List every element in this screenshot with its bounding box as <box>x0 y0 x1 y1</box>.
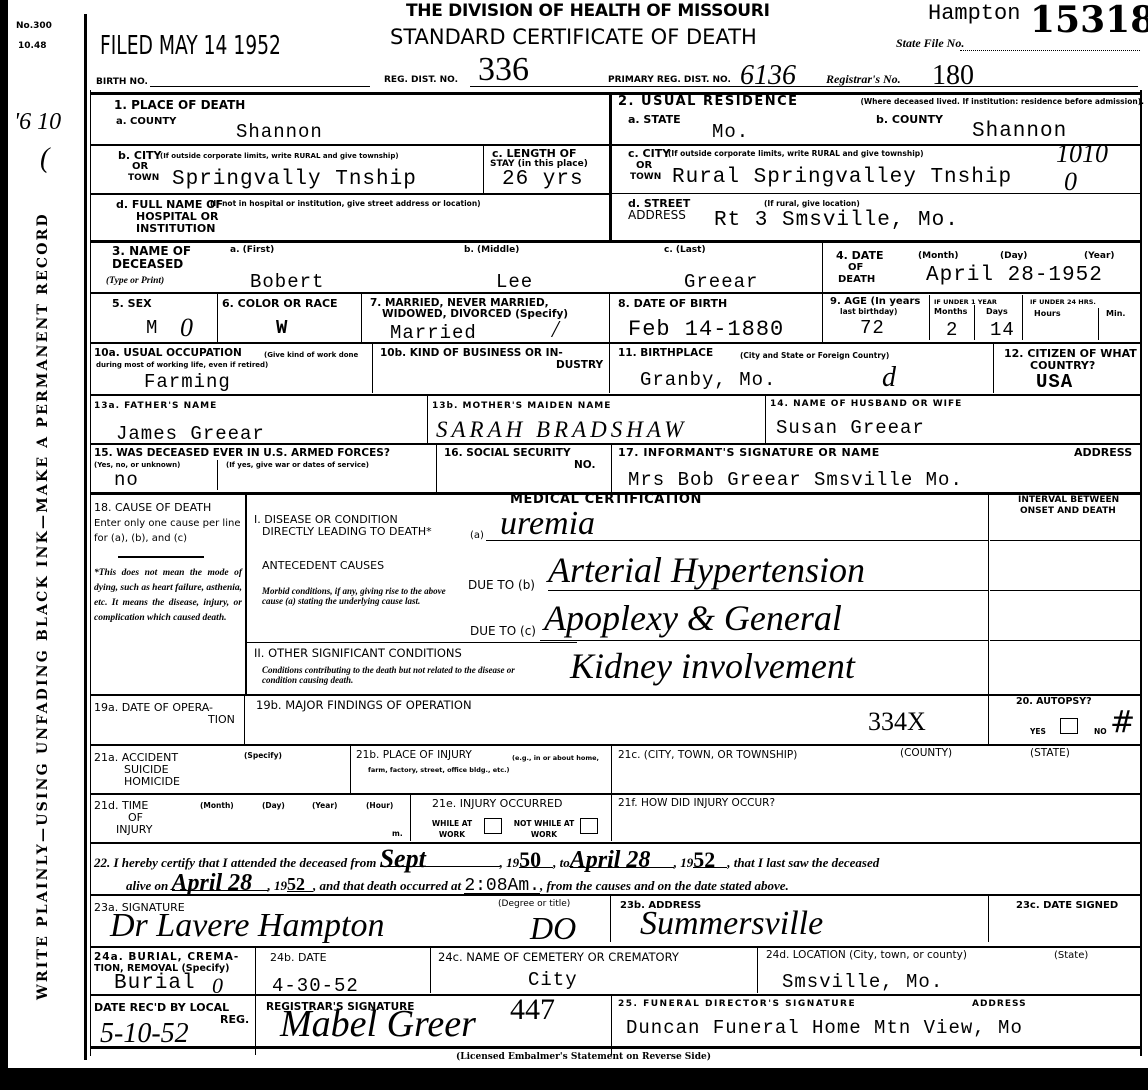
margin-note-mark: ( <box>40 145 49 173</box>
dod-day-label: (Day) <box>1000 252 1027 260</box>
spouse-label: 14. NAME OF HUSBAND OR WIFE <box>770 400 962 408</box>
citizen-label: 12. CITIZEN OF WHAT <box>1004 348 1137 359</box>
rule <box>90 342 1140 344</box>
accident-label: 21a. ACCIDENT <box>94 752 178 763</box>
injury-month-label: (Month) <box>200 802 234 810</box>
header-line <box>470 86 1138 87</box>
first-label: a. (First) <box>230 246 274 254</box>
hospital-note: (If not in hospital or institution, give… <box>210 200 481 208</box>
accident-label3: HOMICIDE <box>124 776 180 787</box>
informant-label: 17. INFORMANT'S SIGNATURE OR NAME <box>618 447 880 458</box>
divider <box>993 343 994 393</box>
birthplace-label: 11. BIRTHPLACE <box>618 348 713 359</box>
mother: SARAH BRADSHAW <box>436 416 687 444</box>
filed-stamp: FILED MAY 14 1952 <box>100 32 281 60</box>
middle-name: Lee <box>496 272 533 292</box>
last-label: c. (Last) <box>664 246 706 254</box>
burial-state-label: (State) <box>1054 950 1088 961</box>
divider <box>430 947 431 993</box>
res-city-note: (If outside corporate limits, write RURA… <box>668 150 924 158</box>
interval-label: INTERVAL BETWEEN <box>1018 496 1119 504</box>
stay-value: 26 yrs <box>502 170 584 190</box>
registrars-no-label: Registrar's No. <box>826 74 901 84</box>
injury-hour-label: (Hour) <box>366 802 393 810</box>
cause-a-line <box>486 540 988 541</box>
due-to-c-label: DUE TO (c) <box>470 626 536 637</box>
state-file-number: 15318 <box>1030 0 1148 40</box>
rule <box>611 193 1141 194</box>
age-label2: last birthday) <box>840 308 897 316</box>
interval-line-c <box>990 640 1140 641</box>
spouse: Susan Greear <box>776 418 925 438</box>
due-to-b-label: DUE TO (b) <box>468 580 535 591</box>
autopsy-yes-checkbox[interactable] <box>1060 718 1078 734</box>
attended-to-year: 52 <box>693 853 727 868</box>
cause-line1-label: I. DISEASE OR CONDITION <box>254 514 398 525</box>
op-date-label: 19a. DATE OF OPERA- <box>94 702 213 713</box>
injury-city-label: 21c. (CITY, TOWN, OR TOWNSHIP) <box>618 750 797 761</box>
autopsy-no-checkbox-marked[interactable]: # <box>1110 708 1135 738</box>
injury-time-label2: OF <box>128 812 143 823</box>
not-while-at-work-label: NOT WHILE AT WORK <box>512 818 576 840</box>
res-town-label: TOWN <box>630 172 661 183</box>
injury-occurred-label: 21e. INJURY OCCURRED <box>432 798 562 809</box>
days-label: Days <box>986 308 1008 316</box>
rule <box>90 894 1140 896</box>
registrar-annotation: 447 <box>510 996 555 1024</box>
death-county: Shannon <box>236 122 323 142</box>
rule <box>90 744 1140 746</box>
last-name: Greear <box>684 272 758 292</box>
citizen: USA <box>1036 372 1073 392</box>
rule <box>90 1046 1140 1049</box>
res-or-label: OR <box>636 160 652 171</box>
death-town-label: TOWN <box>128 173 159 184</box>
certification-line1: 22. I hereby certify that I attended the… <box>94 852 879 870</box>
divider <box>483 145 484 193</box>
hours-label: Hours <box>1034 310 1061 318</box>
op-annotation: 334X <box>868 708 926 736</box>
cause-instruction: Enter only one cause per line for (a), (… <box>94 516 242 546</box>
injury-place-note: (e.g., in or about home, farm, factory, … <box>368 752 602 776</box>
autopsy-no-label: NO <box>1094 728 1107 736</box>
under-1-year-label: IF UNDER 1 YEAR <box>934 298 997 306</box>
divider <box>822 293 823 342</box>
date-of-death: April 28-1952 <box>926 266 1103 286</box>
armed-forces-note2: (If yes, give war or dates of service) <box>226 461 369 469</box>
business-label: 10b. KIND OF BUSINESS OR IN- <box>380 348 563 359</box>
cause-b-line <box>548 590 988 591</box>
form-left-border-inner <box>90 90 91 1056</box>
rule <box>90 994 1140 996</box>
death-city-note: (If outside corporate limits, write RURA… <box>160 152 420 160</box>
death-city-label: b. CITY <box>118 150 162 161</box>
other-conditions: Kidney involvement <box>570 652 855 680</box>
op-findings-label: 19b. MAJOR FINDINGS OF OPERATION <box>256 700 472 711</box>
reg-dist-label: REG. DIST. NO. <box>384 76 458 84</box>
rule <box>90 793 1140 795</box>
occupation: Farming <box>144 372 231 392</box>
divider <box>436 444 437 492</box>
form-title-line2: STANDARD CERTIFICATE OF DEATH <box>390 26 757 48</box>
scan-left-edge <box>0 0 8 1090</box>
informant: Mrs Bob Greear Smsville Mo. <box>628 470 963 490</box>
margin-note-number: '6 10 <box>14 108 61 136</box>
res-county-label: b. COUNTY <box>876 114 943 125</box>
mother-label: 13b. MOTHER'S MAIDEN NAME <box>432 402 611 410</box>
attended-from-month: Sept <box>380 852 500 867</box>
rule <box>90 394 1140 396</box>
last-seen-date: April 28 <box>172 876 268 891</box>
burial-location-label: 24d. LOCATION (City, town, or county) <box>766 950 967 961</box>
injury-time-label3: INJURY <box>116 824 152 835</box>
injury-state-label: (STATE) <box>1030 748 1070 759</box>
hospital-label: d. FULL NAME OF <box>116 199 223 210</box>
divider <box>988 494 989 694</box>
burial: Burial <box>114 974 196 994</box>
not-while-at-work-checkbox[interactable] <box>580 818 598 834</box>
residence-label: 2. USUAL RESIDENCE <box>618 96 799 107</box>
rule <box>90 193 609 195</box>
divider <box>757 947 758 993</box>
dod-month-label: (Month) <box>918 252 958 260</box>
rule <box>118 556 204 558</box>
months: 2 <box>946 320 958 340</box>
other-conditions-note: Conditions contributing to the death but… <box>262 665 552 685</box>
res-street: Rt 3 Smsville, Mo. <box>714 211 959 231</box>
dod-label2: OF <box>848 262 863 273</box>
race: W <box>276 318 288 338</box>
burial-date-label: 24b. DATE <box>270 952 327 963</box>
birthplace: Granby, Mo. <box>640 370 776 390</box>
rule <box>90 842 1140 844</box>
rule <box>90 946 1140 948</box>
attended-from-year: 50 <box>519 853 553 868</box>
cause-c-line <box>540 640 988 641</box>
form-title-line1: THE DIVISION OF HEALTH OF MISSOURI <box>406 2 770 20</box>
death-city: Springvally Tnship <box>172 170 417 190</box>
dod-label: 4. DATE <box>836 250 883 261</box>
attended-to-date: April 28 <box>570 853 674 868</box>
hospital-label2: HOSPITAL OR <box>136 211 218 222</box>
occupation-note: (Give kind of work done during most of w… <box>96 350 362 370</box>
date-signed-label: 23c. DATE SIGNED <box>1016 900 1118 911</box>
divider <box>372 343 373 393</box>
father: James Greear <box>116 424 265 444</box>
dob-label: 8. DATE OF BIRTH <box>618 298 727 309</box>
burial-date: 4-30-52 <box>272 976 359 996</box>
form-left-border <box>84 14 87 1060</box>
funeral-director-label: 25. FUNERAL DIRECTOR'S SIGNATURE <box>618 1000 856 1008</box>
injury-year-label: (Year) <box>312 802 337 810</box>
cause-c: Apoplexy & General <box>544 604 842 632</box>
divider <box>350 745 351 793</box>
res-street-note: (If rural, give location) <box>764 200 860 208</box>
residence-note: (Where deceased lived. If institution: r… <box>816 98 1144 106</box>
reg-dist-value: 336 <box>478 56 529 84</box>
deceased-name-label2: DECEASED <box>112 259 183 270</box>
date-received-label2: REG. <box>220 1014 249 1025</box>
ssn-label: 16. SOCIAL SECURITY <box>444 448 571 459</box>
rule <box>90 292 1140 294</box>
divider <box>217 460 218 490</box>
cause-a-label: (a) <box>470 530 484 541</box>
antecedent-note: Morbid conditions, if any, giving rise t… <box>262 586 462 606</box>
form-number: No.300 <box>16 22 52 30</box>
form-revision: 10.48 <box>18 42 46 50</box>
while-at-work-label: WHILE AT WORK <box>428 818 476 840</box>
rule <box>90 694 1140 696</box>
deceased-name-label3: (Type or Print) <box>106 276 164 286</box>
divider <box>765 395 766 443</box>
time-of-death: 2:08Am. <box>464 879 540 894</box>
funeral-address-label: ADDRESS <box>972 1000 1027 1008</box>
funeral-director: Duncan Funeral Home Mtn View, Mo <box>626 1018 1023 1038</box>
hampton-label: Hampton <box>928 4 1020 24</box>
state-file-line <box>960 50 1140 51</box>
cemetery-label: 24c. NAME OF CEMETERY OR CREMATORY <box>438 952 679 963</box>
divider-1-2 <box>609 94 612 240</box>
ssn-label2: NO. <box>574 460 595 471</box>
rule <box>90 144 609 146</box>
armed-forces: no <box>114 470 139 490</box>
how-injury-label: 21f. HOW DID INJURY OCCUR? <box>618 798 775 809</box>
armed-forces-label: 15. WAS DECEASED EVER IN U.S. ARMED FORC… <box>94 448 390 459</box>
age-label: 9. AGE (In years <box>830 296 920 307</box>
injury-county-label: (COUNTY) <box>900 748 952 759</box>
divider <box>361 293 362 342</box>
death-county-label: a. COUNTY <box>116 116 176 127</box>
state-file-label: State File No. <box>896 38 964 48</box>
informant-address-label: ADDRESS <box>1074 447 1132 458</box>
res-state-label: a. STATE <box>628 114 681 125</box>
age: 72 <box>860 318 885 338</box>
sex: M <box>146 318 158 338</box>
rule <box>90 240 1140 243</box>
cause-a: uremia <box>500 510 595 538</box>
rule <box>247 642 577 643</box>
divider <box>255 947 256 1055</box>
burial-location: Smsville, Mo. <box>782 972 943 992</box>
res-street-label2: ADDRESS <box>628 210 686 221</box>
cause-of-death-label: 18. CAUSE OF DEATH <box>94 502 211 513</box>
marital: Married <box>390 323 477 343</box>
sex-mark: 0 <box>180 314 193 342</box>
cemetery: City <box>528 970 578 990</box>
divider <box>988 695 989 745</box>
while-at-work-checkbox[interactable] <box>484 818 502 834</box>
dob: Feb 14-1880 <box>628 320 784 340</box>
cause-b: Arterial Hypertension <box>548 556 865 584</box>
res-city-annotation: 1010 <box>1056 140 1108 168</box>
accident-label2: SUICIDE <box>124 764 169 775</box>
divider <box>1098 308 1099 340</box>
antecedent-label: ANTECEDENT CAUSES <box>262 560 384 571</box>
autopsy-yes-label: YES <box>1030 728 1046 736</box>
cause-line1-label2: DIRECTLY LEADING TO DEATH* <box>262 526 432 537</box>
stay-label2: STAY (in this place) <box>490 160 588 168</box>
primary-reg-dist-label: PRIMARY REG. DIST. NO. <box>608 76 731 84</box>
side-instruction: WRITE PLAINLY—USING UNFADING BLACK INK—M… <box>34 180 54 1000</box>
cause-note: *This does not mean the mode of dying, s… <box>94 566 242 626</box>
date-received-label: DATE REC'D BY LOCAL <box>94 1002 229 1013</box>
injury-time-label: 21d. TIME <box>94 800 148 811</box>
interval-line-b <box>990 590 1140 591</box>
injury-m-label: m. <box>392 830 403 838</box>
divider <box>611 444 612 492</box>
physician-signature: Dr Lavere Hampton <box>110 912 385 940</box>
header-rule <box>90 92 1140 95</box>
divider <box>245 494 247 694</box>
degree-label: (Degree or title) <box>498 900 570 908</box>
res-city: Rural Springvalley Tnship <box>672 168 1012 188</box>
divider <box>427 395 428 443</box>
marital-mark: / <box>552 316 559 344</box>
op-date-label2: TION <box>208 714 235 725</box>
dod-year-label: (Year) <box>1084 252 1115 260</box>
interval-label2: ONSET AND DEATH <box>1020 507 1116 515</box>
place-of-death-label: 1. PLACE OF DEATH <box>114 100 245 111</box>
res-city-label: c. CITY <box>628 148 670 159</box>
marital-label2: WIDOWED, DIVORCED (Specify) <box>382 309 568 320</box>
middle-label: b. (Middle) <box>464 246 519 254</box>
footer-note: (Licensed Embalmer's Statement on Revers… <box>456 1052 711 1063</box>
rule <box>90 443 1140 445</box>
death-or-label: OR <box>132 161 148 172</box>
res-city-mark: 0 <box>1064 168 1077 196</box>
stay-label: c. LENGTH OF <box>492 148 577 159</box>
divider <box>244 695 245 745</box>
father-label: 13a. FATHER'S NAME <box>94 402 217 410</box>
date-received: 5-10-52 <box>100 1020 189 1048</box>
physician-address: Summersville <box>640 910 823 938</box>
divider <box>822 242 823 292</box>
citizen-label2: COUNTRY? <box>1030 360 1095 371</box>
injury-day-label: (Day) <box>262 802 285 810</box>
divider <box>610 896 611 942</box>
accident-specify: (Specify) <box>244 752 282 760</box>
deceased-name-label: 3. NAME OF <box>112 246 191 257</box>
res-state: Mo. <box>712 122 749 142</box>
first-name: Bobert <box>250 272 324 292</box>
hospital-label3: INSTITUTION <box>136 223 215 234</box>
divider <box>1022 295 1023 340</box>
scan-bottom-edge <box>0 1068 1148 1090</box>
birth-no-label: BIRTH NO. <box>96 78 148 86</box>
race-label: 6. COLOR OR RACE <box>222 298 338 309</box>
physician-degree: DO <box>530 914 576 942</box>
armed-forces-note1: (Yes, no, or unknown) <box>94 461 180 469</box>
other-conditions-label: II. OTHER SIGNIFICANT CONDITIONS <box>254 648 462 659</box>
certification-line2: alive on April 28, 1952, and that death … <box>126 876 789 894</box>
min-label: Min. <box>1106 310 1125 318</box>
registrar-signature: Mabel Greer <box>280 1010 476 1038</box>
birthplace-note: (City and State or Foreign Country) <box>740 352 889 360</box>
res-county: Shannon <box>972 122 1067 142</box>
divider <box>217 293 218 342</box>
form-right-border <box>1140 90 1142 1056</box>
under-24-hrs-label: IF UNDER 24 HRS. <box>1030 298 1096 306</box>
burial-label: 24a. BURIAL, CREMA- <box>94 952 239 963</box>
birthplace-mark: d <box>882 364 896 392</box>
dod-label3: DEATH <box>838 274 875 285</box>
divider <box>988 896 989 942</box>
months-label: Months <box>934 308 967 316</box>
business-label2: DUSTRY <box>556 360 603 371</box>
sex-label: 5. SEX <box>112 298 152 309</box>
divider <box>929 295 930 340</box>
divider <box>974 305 975 340</box>
birth-no-line <box>150 86 370 87</box>
divider <box>410 795 411 841</box>
medical-title: MEDICAL CERTIFICATION <box>510 494 702 505</box>
days: 14 <box>990 320 1015 340</box>
interval-line-a <box>990 540 1140 541</box>
autopsy-label: 20. AUTOPSY? <box>1016 698 1092 706</box>
last-seen-year: 52 <box>287 877 313 892</box>
